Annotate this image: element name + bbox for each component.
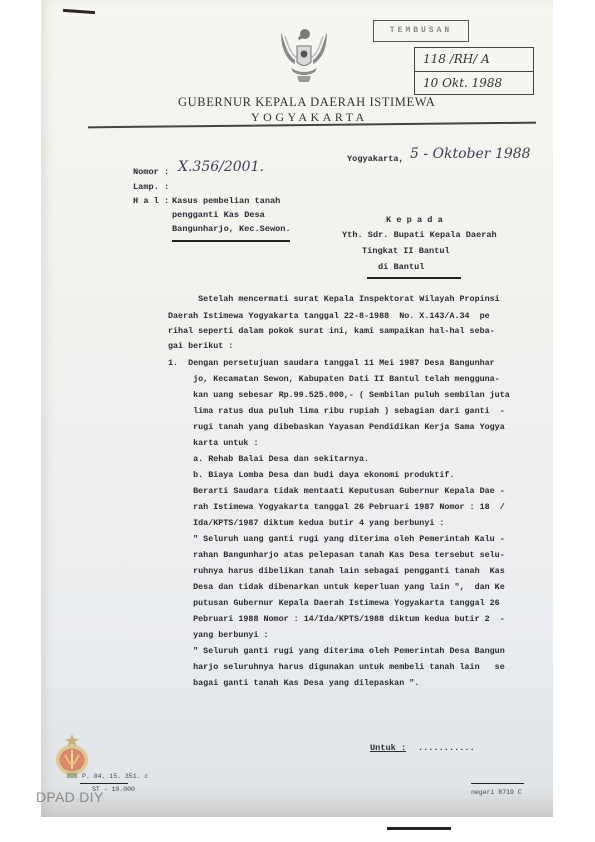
registration-stamp-box: 118 /RH/ A 10 Okt. 1988 — [414, 47, 534, 95]
body-line: gai berikut : — [168, 341, 233, 351]
body-line: b. Biaya Lomba Desa dan budi daya ekonom… — [168, 470, 454, 480]
printer-rule — [471, 783, 524, 784]
body-line: ruhnya harus dibelikan tanah lain sebaga… — [168, 566, 505, 576]
lamp-label: Lamp. : — [133, 182, 169, 192]
place-label: Yogyakarta, — [347, 154, 404, 164]
hal-label: H a l : — [133, 196, 169, 206]
recipient-underline — [367, 277, 461, 279]
body-line: " Seluruh uang ganti rugi yang diterima … — [168, 534, 505, 544]
body-line: rah Istimewa Yogyakarta tanggal 26 Pebru… — [168, 502, 505, 512]
garuda-emblem-icon — [275, 24, 333, 86]
watermark: DPAD DIY — [36, 789, 104, 805]
tembusan-stamp: TEMBUSAN — [373, 20, 469, 42]
registration-date: 10 Okt. 1988 — [415, 71, 533, 95]
nomor-value: X.356/2001. — [178, 159, 264, 175]
registration-number: 118 /RH/ A — [415, 48, 533, 71]
body-line: 1. Dengan persetujuan saudara tanggal 11… — [168, 358, 495, 368]
printer-code: negeri 8719 C — [471, 789, 522, 796]
hal-line-3: Bangunharjo, Kec.Sewon. — [172, 224, 291, 234]
hal-line-1: Kasus pembelian tanah — [172, 196, 280, 206]
kepada-label: K e p a d a — [386, 215, 443, 225]
body-line: a. Rehab Balai Desa dan sekitarnya. — [168, 454, 369, 464]
body-line: Setelah mencermati surat Kepala Inspekto… — [168, 294, 500, 304]
hal-underline — [172, 240, 290, 242]
form-code: P. 04. 15. 351. c — [82, 773, 148, 780]
letterhead-title: GUBERNUR KEPALA DAERAH ISTIMEWA — [178, 95, 435, 110]
body-line: karta untuk : — [168, 438, 258, 448]
date-handwritten: 5 - Oktober 1988 — [410, 146, 531, 162]
body-line: rihal seperti dalam pokok surat ini, kam… — [168, 326, 495, 336]
untuk-dots: ........... — [418, 743, 475, 753]
recipient-line-3: di Bantul — [378, 262, 424, 272]
page-separator — [387, 827, 451, 830]
recipient-line-2: Tingkat II Bantul — [362, 246, 450, 256]
untuk-label: Untuk : — [370, 743, 406, 753]
body-line: Desa dan tidak dibenarkan untuk keperlua… — [168, 582, 505, 592]
body-line: Ida/KPTS/1987 diktum kedua butir 4 yang … — [168, 518, 444, 528]
body-line: lima ratus dua puluh lima ribu rupiah ) … — [168, 406, 505, 416]
body-line: bagai ganti tanah Kas Desa yang dilepask… — [168, 678, 419, 688]
body-line: Pebruari 1988 Nomor : 14/Ida/KPTS/1988 d… — [168, 614, 505, 624]
body-line: harjo seluruhnya harus digunakan untuk m… — [168, 662, 505, 672]
body-line: Daerah Istimewa Yogyakarta tanggal 22-8-… — [168, 311, 490, 321]
form-code-rule — [80, 783, 128, 784]
body-line: putusan Gubernur Kepala Daerah Istimewa … — [168, 598, 500, 608]
hal-line-2: pengganti Kas Desa — [172, 210, 265, 220]
body-line: yang berbunyi : — [168, 630, 269, 640]
body-line: " Seluruh ganti rugi yang diterima oleh … — [168, 646, 505, 656]
body-line: kan uang sebesar Rp.99.525.000,- ( Sembi… — [168, 390, 510, 400]
body-line: rugi tanah yang dibebaskan Yayasan Pendi… — [168, 422, 505, 432]
recipient-line-1: Yth. Sdr. Bupati Kepala Daerah — [342, 230, 497, 240]
body-line: rahan Bangunharjo atas pelepasan tanah K… — [168, 550, 505, 560]
body-line: jo, Kecamatan Sewon, Kabupaten Dati II B… — [168, 374, 500, 384]
nomor-label: Nomor : — [133, 167, 169, 177]
body-line: Berarti Saudara tidak mentaati Keputusan… — [168, 486, 505, 496]
